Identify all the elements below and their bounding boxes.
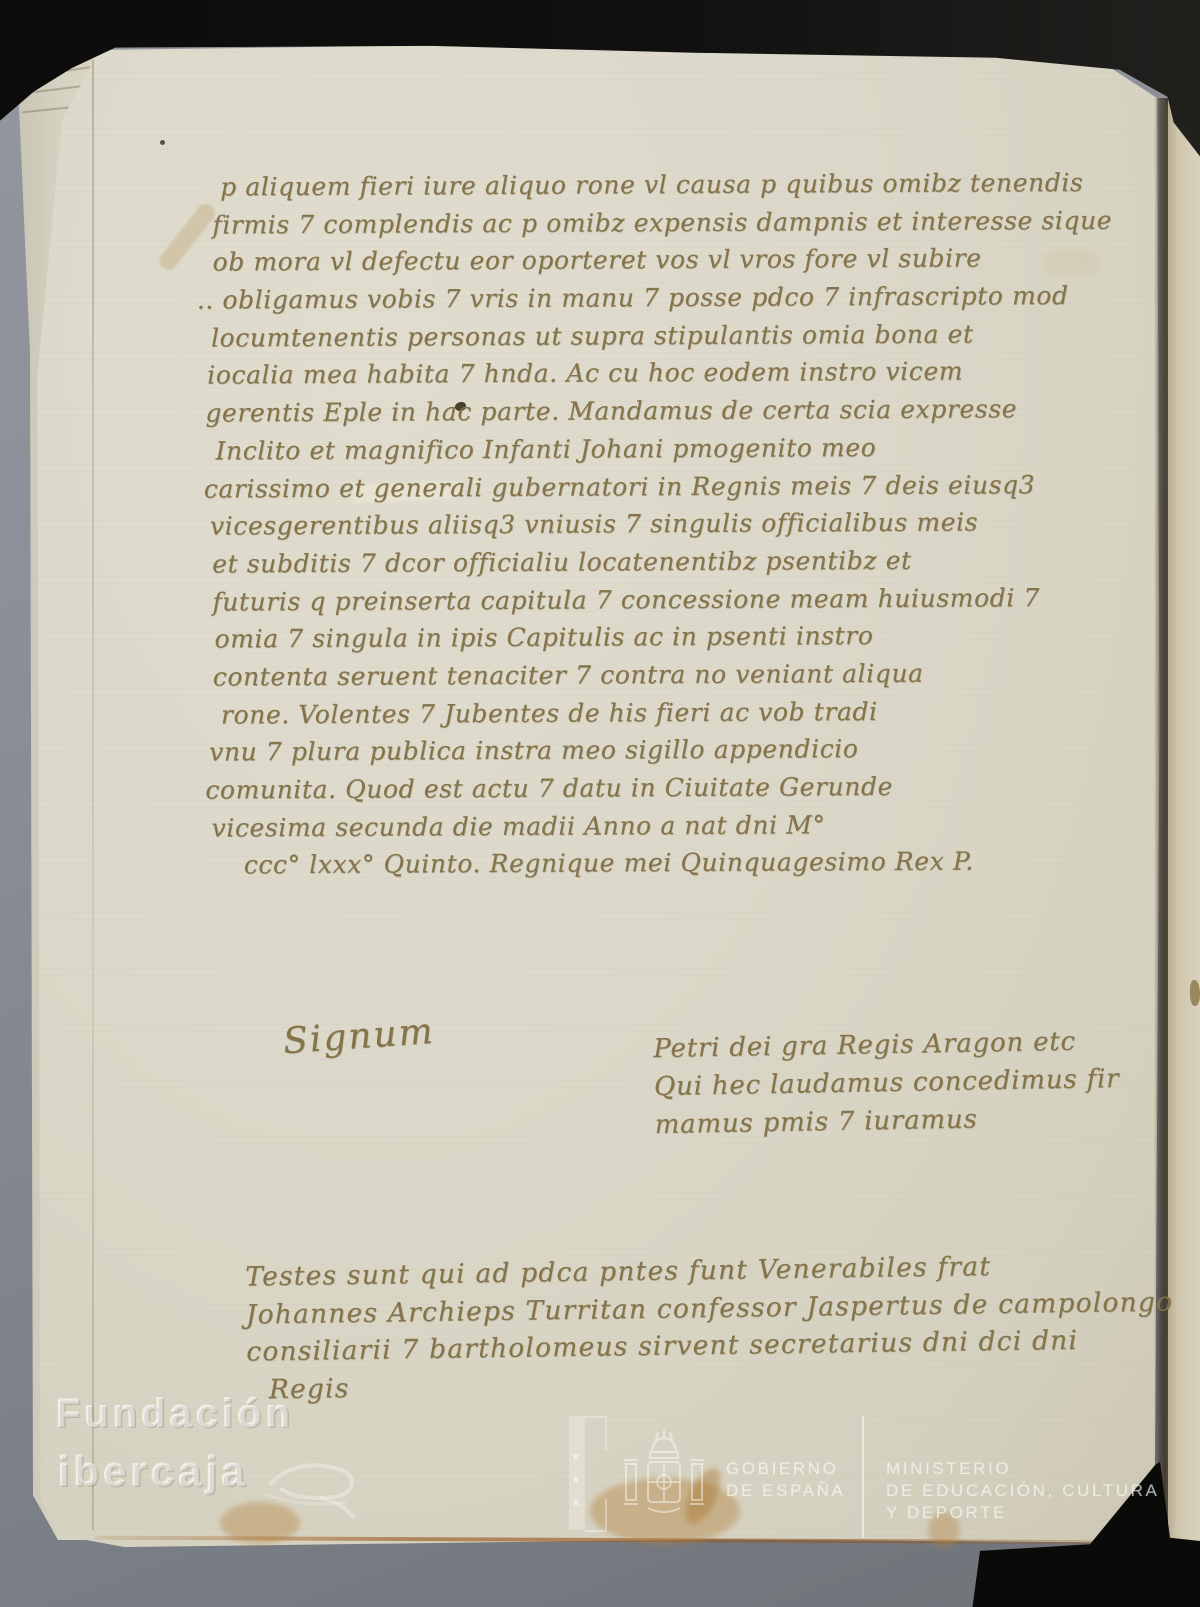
scanner-background: p aliquem fieri iure aliquo rone vl caus…	[0, 0, 1200, 1607]
manuscript-line: et subditis 7 dcor officialiu locatenent…	[212, 540, 1144, 583]
manuscript-line: ob mora vl defectu eor oporteret vos vl …	[213, 239, 1143, 282]
manuscript-line: .. obligamus vobis 7 vris in manu 7 poss…	[197, 277, 1143, 320]
manuscript-line: vicesgerentibus aliisq3 vniusis 7 singul…	[210, 503, 1144, 546]
ministerio-line3: Y DEPORTE	[886, 1502, 1159, 1524]
ibercaja-watermark-line2: ibercaja	[58, 1448, 249, 1496]
ibercaja-watermark-line1: Fundación	[56, 1392, 294, 1437]
manuscript-line: rone. Volentes 7 Jubentes de his fieri a…	[221, 691, 1145, 734]
manuscript-line: ccc° lxxx° Quinto. Regnique mei Quinquag…	[244, 842, 1146, 884]
ministerio-line2: DE EDUCACIÓN, CULTURA	[886, 1480, 1159, 1502]
manuscript-line: Inclito et magnifico Infanti Johani pmog…	[216, 427, 1144, 470]
facing-page-ink-mark	[1190, 980, 1200, 1006]
manuscript-line: vicesima secunda die madii Anno a nat dn…	[211, 804, 1145, 847]
ministerio-line1: MINISTERIO	[886, 1458, 1159, 1480]
royal-subscription: Petri dei gra Regis Aragon etc Qui hec l…	[653, 1022, 1120, 1144]
manuscript-line: p aliquem fieri iure aliquo rone vl caus…	[220, 164, 1142, 207]
manuscript-line: futuris q preinserta capitula 7 concessi…	[212, 578, 1144, 621]
manuscript-line: vnu 7 plura publica instra meo sigillo a…	[209, 729, 1145, 772]
watermark-divider	[862, 1416, 864, 1538]
manuscript-line: iocalia mea habita 7 hnda. Ac cu hoc eod…	[207, 352, 1143, 395]
manuscript-line: comunita. Quod est actu 7 datu in Ciuita…	[205, 767, 1145, 810]
flag-bracket	[585, 1416, 607, 1450]
vertical-crease	[92, 60, 94, 1530]
manuscript-line: carissimo et generali gubernatori in Reg…	[204, 465, 1144, 508]
spain-coat-of-arms-icon	[618, 1430, 710, 1530]
manuscript-line: gerentis Eple in hac parte. Mandamus de …	[205, 390, 1143, 433]
manuscript-line: omia 7 singula in ipis Capitulis ac in p…	[214, 616, 1144, 659]
manuscript-line: locumtenentis personas ut supra stipulan…	[211, 314, 1143, 357]
gobierno-line2: DE ESPAÑA	[726, 1480, 845, 1502]
ibercaja-logo-icon	[262, 1436, 362, 1526]
witness-list: Testes sunt qui ad pdca pntes funt Vener…	[245, 1246, 1174, 1409]
royal-subscription-line: Qui hec laudamus concedimus fir	[654, 1060, 1120, 1106]
star-icon: ★	[571, 1450, 581, 1463]
gobierno-watermark: GOBIERNO DE ESPAÑA	[726, 1458, 845, 1502]
royal-subscription-line: mamus pmis 7 iuramus	[654, 1098, 1120, 1144]
ink-speck	[160, 140, 165, 145]
gobierno-line1: GOBIERNO	[726, 1458, 845, 1480]
flag-bracket	[585, 1498, 607, 1532]
manuscript-text-block: p aliquem fieri iure aliquo rone vl caus…	[212, 164, 1146, 885]
manuscript-line: firmis 7 complendis ac p omibz expensis …	[212, 201, 1142, 244]
star-icon: ★	[571, 1496, 581, 1509]
manuscript-line: contenta seruent tenaciter 7 contra no v…	[213, 654, 1145, 697]
ministerio-watermark: MINISTERIO DE EDUCACIÓN, CULTURA Y DEPOR…	[886, 1458, 1159, 1524]
star-icon: ★	[571, 1473, 581, 1486]
